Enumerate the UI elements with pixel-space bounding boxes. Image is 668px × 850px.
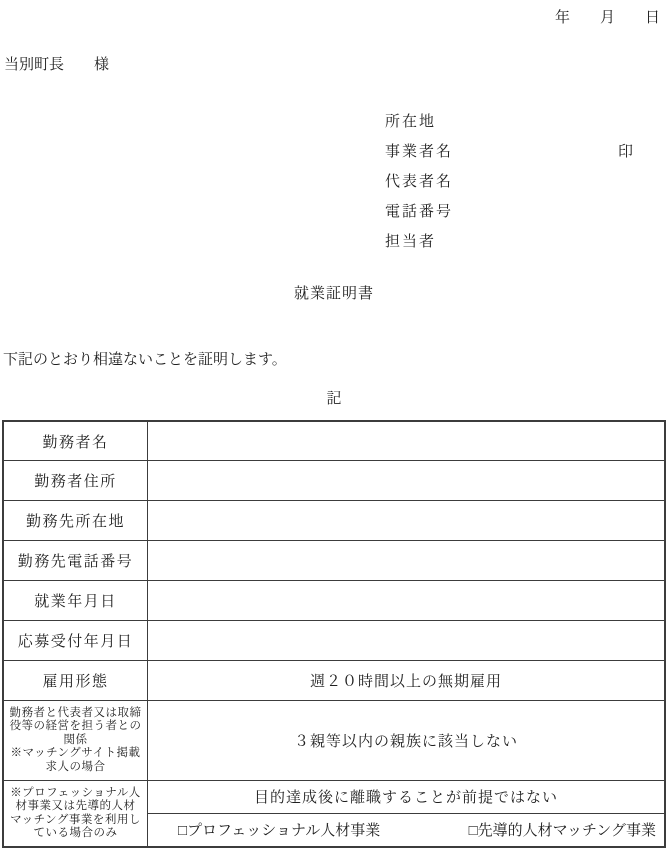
table-row-employment-date: 就業年月日 xyxy=(4,580,664,620)
document-page: 年 月 日 当別町長 様 所在地 事業者名 代表者名 電話番号 担当者 印 就業… xyxy=(0,0,668,850)
addressee-line: 当別町長 様 xyxy=(4,53,109,74)
row-value xyxy=(148,541,664,580)
row-label-line: 役等の経営を担う者との xyxy=(10,720,142,734)
row-label: 雇用形態 xyxy=(4,661,148,700)
document-title: 就業証明書 xyxy=(0,282,668,303)
row-value-stack: 目的達成後に離職することが前提ではない □プロフェッショナル人材事業 □先導的人… xyxy=(148,781,664,846)
row-label: 就業年月日 xyxy=(4,581,148,620)
row-label-line: 関係 xyxy=(64,734,88,748)
row-label-line: 求人の場合 xyxy=(46,761,106,775)
sender-block: 所在地 事業者名 代表者名 電話番号 担当者 xyxy=(385,107,453,257)
table-row-relationship: 勤務者と代表者又は取締 役等の経営を担う者との 関係 ※マッチングサイト掲載 求… xyxy=(4,700,664,780)
row-value xyxy=(148,581,664,620)
sender-business-name-label: 事業者名 xyxy=(385,137,453,167)
row-label-line: ※プロフェッショナル人 xyxy=(10,787,141,801)
table-row-workplace-phone: 勤務先電話番号 xyxy=(4,540,664,580)
sender-location-label: 所在地 xyxy=(385,107,453,137)
row-label-line: ※マッチングサイト掲載 xyxy=(11,747,141,761)
row-label: 勤務先電話番号 xyxy=(4,541,148,580)
table-row-workplace-location: 勤務先所在地 xyxy=(4,500,664,540)
row-label: 勤務者住所 xyxy=(4,461,148,500)
row-value xyxy=(148,501,664,540)
form-table: 勤務者名 勤務者住所 勤務先所在地 勤務先電話番号 就業年月日 応募受付年月日 … xyxy=(2,420,666,848)
certify-statement: 下記のとおり相違ないことを証明します。 xyxy=(3,348,287,369)
row-label: 勤務者と代表者又は取締 役等の経営を担う者との 関係 ※マッチングサイト掲載 求… xyxy=(4,701,148,780)
row-value xyxy=(148,461,664,500)
table-row-application-date: 応募受付年月日 xyxy=(4,620,664,660)
row-value xyxy=(148,621,664,660)
row-label: ※プロフェッショナル人 材事業又は先導的人材 マッチング事業を利用し ている場合… xyxy=(4,781,148,846)
sender-representative-label: 代表者名 xyxy=(385,167,453,197)
table-row-employment-type: 雇用形態 週２０時間以上の無期雇用 xyxy=(4,660,664,700)
sender-contact-label: 担当者 xyxy=(385,227,453,257)
row-label-line: マッチング事業を利用し xyxy=(10,814,141,828)
row-label: 応募受付年月日 xyxy=(4,621,148,660)
row-label-line: ている場合のみ xyxy=(34,827,118,841)
row-label-line: 勤務者と代表者又は取締 xyxy=(10,707,142,721)
table-row-talent-program: ※プロフェッショナル人 材事業又は先導的人材 マッチング事業を利用し ている場合… xyxy=(4,780,664,846)
row-label-line: 材事業又は先導的人材 xyxy=(16,800,136,814)
checkbox-pioneering-talent-matching-program: □先導的人材マッチング事業 xyxy=(469,819,656,840)
row-label: 勤務先所在地 xyxy=(4,501,148,540)
row-value: ３親等以内の親族に該当しない xyxy=(148,701,664,780)
seal-mark: 印 xyxy=(618,140,633,161)
row-value-top: 目的達成後に離職することが前提ではない xyxy=(148,781,664,813)
table-row-worker-address: 勤務者住所 xyxy=(4,460,664,500)
sender-phone-label: 電話番号 xyxy=(385,197,453,227)
row-value-checkboxes: □プロフェッショナル人材事業 □先導的人材マッチング事業 xyxy=(148,813,664,847)
row-value xyxy=(148,422,664,460)
row-value: 週２０時間以上の無期雇用 xyxy=(148,661,664,700)
checkbox-professional-talent-program: □プロフェッショナル人材事業 xyxy=(178,819,380,840)
table-row-worker-name: 勤務者名 xyxy=(4,422,664,460)
row-label: 勤務者名 xyxy=(4,422,148,460)
ki-heading: 記 xyxy=(0,387,668,408)
date-line: 年 月 日 xyxy=(555,6,660,27)
